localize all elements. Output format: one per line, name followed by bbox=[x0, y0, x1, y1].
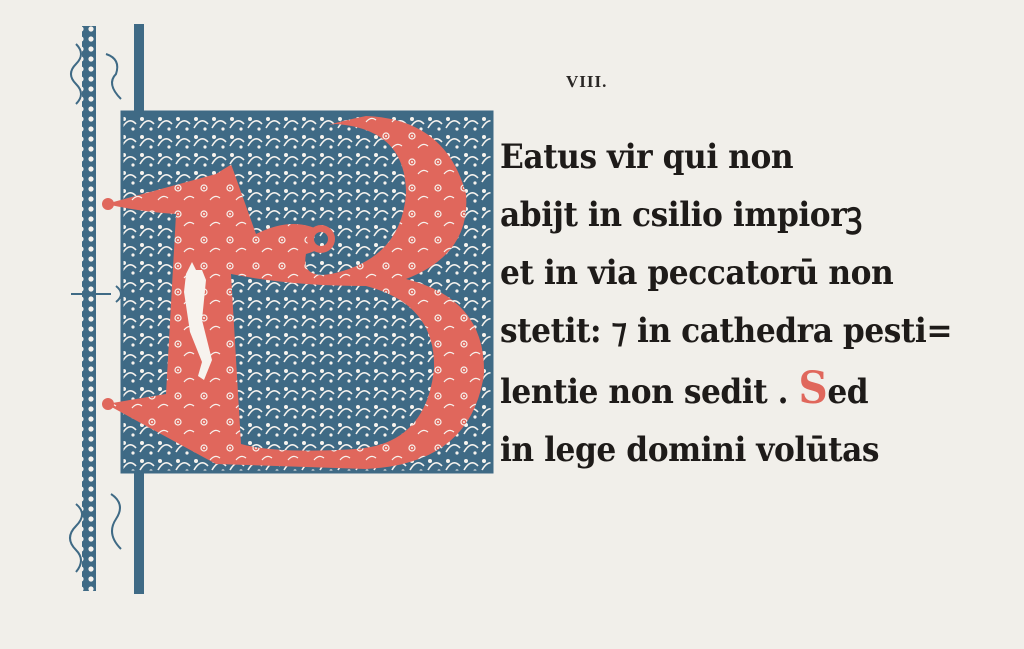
illuminated-initial-b bbox=[66, 24, 496, 596]
border-bar bbox=[82, 26, 96, 591]
text-line-5: lentie non sedit . Sed bbox=[500, 360, 942, 421]
rubric-tail: ed bbox=[827, 372, 868, 412]
text-line-2: abijt in csilio impiorꝫ bbox=[500, 186, 942, 244]
manuscript-page: VIII. bbox=[0, 0, 1024, 649]
text-line-6: in lege domini volūtas bbox=[500, 421, 942, 479]
text-line-5-main: lentie non sedit . bbox=[500, 372, 788, 412]
folio-number: VIII. bbox=[566, 72, 607, 92]
text-line-1: Eatus vir qui non bbox=[500, 128, 942, 186]
text-line-4: stetit: ⁊ in cathedra pesti= bbox=[500, 302, 942, 360]
rubric-initial-s: S bbox=[799, 363, 828, 414]
text-block: Eatus vir qui non abijt in csilio impior… bbox=[500, 128, 980, 479]
text-line-3: et in via peccatorū non bbox=[500, 244, 942, 302]
